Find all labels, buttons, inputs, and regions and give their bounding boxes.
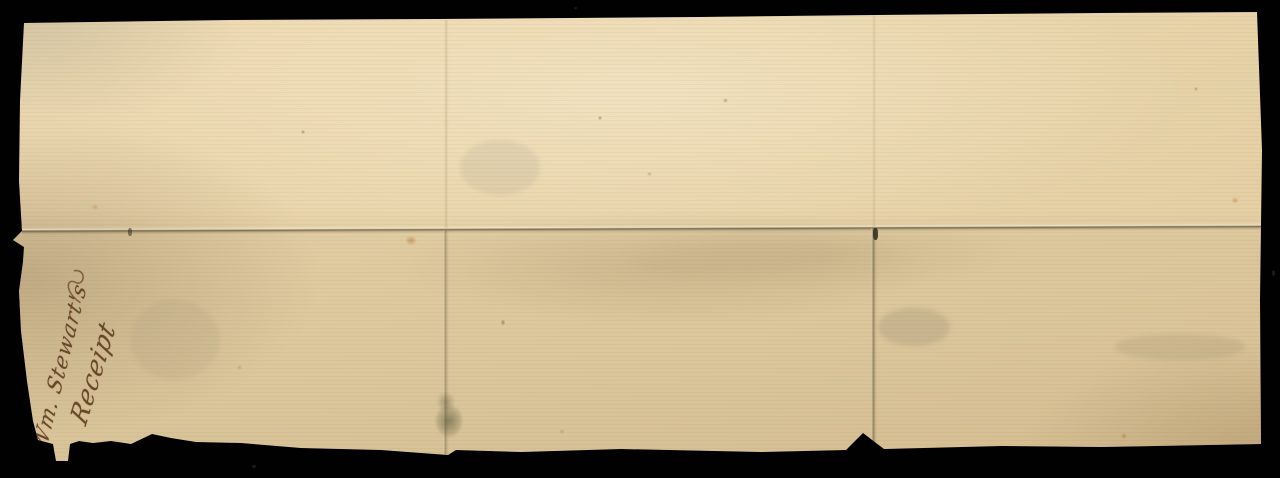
fiber-speck [500, 318, 506, 327]
left-vertical-fold-crease-upper [444, 20, 450, 228]
fold-edge-nick [128, 228, 132, 236]
fiber-speck [300, 129, 306, 135]
manuscript-paper-verso: Wm. Stewart's Receipt [0, 0, 1280, 478]
horizontal-fold-crease [22, 223, 1261, 236]
right-vertical-fold-crease-upper [872, 15, 878, 227]
right-vertical-fold-crease-lower [871, 228, 877, 452]
rust-stain [1120, 432, 1128, 440]
fiber-speck [1193, 86, 1199, 92]
fiber-speck [236, 364, 243, 371]
left-vertical-fold-crease-lower [443, 230, 449, 455]
rust-stain [1230, 196, 1240, 205]
rust-stain [90, 203, 100, 211]
fiber-speck [597, 115, 603, 121]
rust-stain [403, 234, 419, 247]
fiber-speck [646, 171, 653, 177]
gray-smudge [878, 308, 950, 346]
background-debris-speck [252, 465, 256, 468]
rust-stain [722, 97, 729, 104]
scanner-background: Wm. Stewart's Receipt [0, 0, 1280, 478]
handwritten-docket: Wm. Stewart's Receipt [25, 262, 166, 470]
background-debris-speck [574, 7, 577, 9]
gray-smudge [460, 140, 540, 195]
ink-flourish-icon [58, 260, 98, 307]
fold-intersection-nick [873, 228, 878, 240]
rust-stain [558, 428, 566, 435]
ink-blot [430, 390, 468, 440]
faint-offset-writing-trace [1115, 334, 1245, 360]
background-debris-speck [1272, 270, 1275, 276]
